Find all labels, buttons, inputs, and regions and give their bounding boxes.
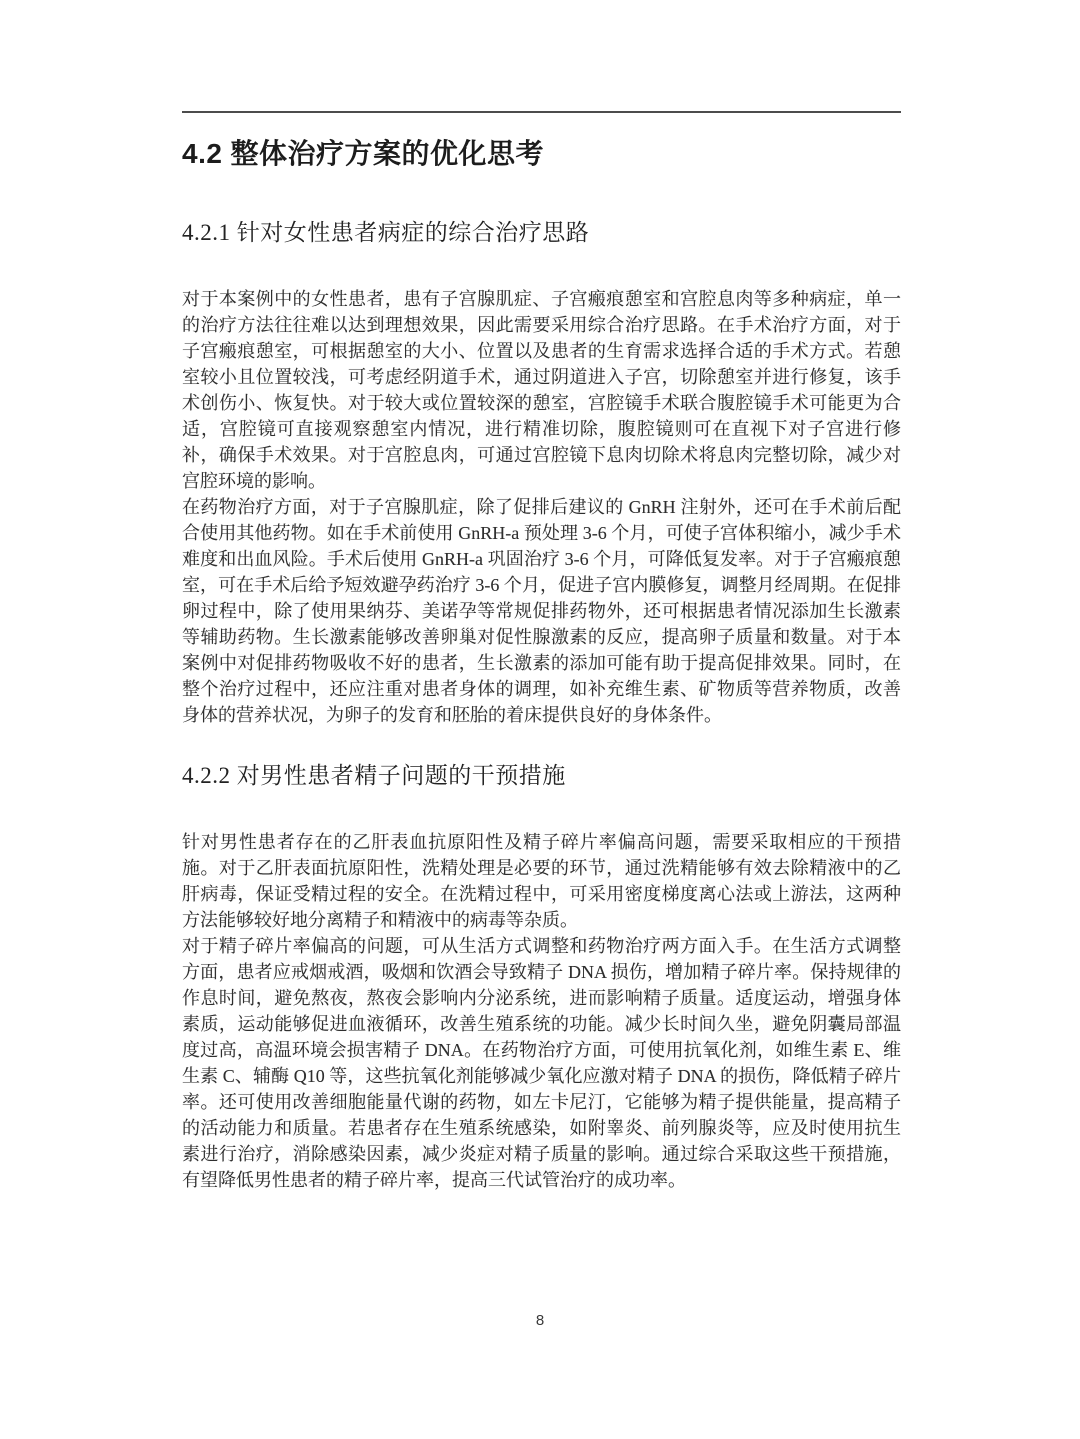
- paragraph: 在药物治疗方面，对于子宫腺肌症，除了促排后建议的 GnRH 注射外，还可在手术前…: [182, 494, 901, 728]
- paragraph: 对于本案例中的女性患者，患有子宫腺肌症、子宫瘢痕憩室和宫腔息肉等多种病症，单一的…: [182, 286, 901, 494]
- section-422-body: 针对男性患者存在的乙肝表血抗原阳性及精子碎片率偏高问题，需要采取相应的干预措施。…: [182, 829, 901, 1193]
- document-page: 4.2整体治疗方案的优化思考 4.2.1 针对女性患者病症的综合治疗思路 对于本…: [0, 0, 1080, 1439]
- page-content: 4.2整体治疗方案的优化思考 4.2.1 针对女性患者病症的综合治疗思路 对于本…: [182, 0, 901, 1193]
- paragraph: 对于精子碎片率偏高的问题，可从生活方式调整和药物治疗两方面入手。在生活方式调整方…: [182, 933, 901, 1193]
- section-heading-421: 4.2.1 针对女性患者病症的综合治疗思路: [182, 218, 901, 248]
- page-number: 8: [0, 1312, 1080, 1329]
- chapter-heading: 4.2整体治疗方案的优化思考: [182, 137, 901, 172]
- chapter-number: 4.2: [182, 138, 222, 169]
- section-heading-422: 4.2.2 对男性患者精子问题的干预措施: [182, 761, 901, 791]
- header-rule: [182, 111, 901, 113]
- paragraph: 针对男性患者存在的乙肝表血抗原阳性及精子碎片率偏高问题，需要采取相应的干预措施。…: [182, 829, 901, 933]
- chapter-title: 整体治疗方案的优化思考: [230, 139, 544, 170]
- section-421-body: 对于本案例中的女性患者，患有子宫腺肌症、子宫瘢痕憩室和宫腔息肉等多种病症，单一的…: [182, 286, 901, 728]
